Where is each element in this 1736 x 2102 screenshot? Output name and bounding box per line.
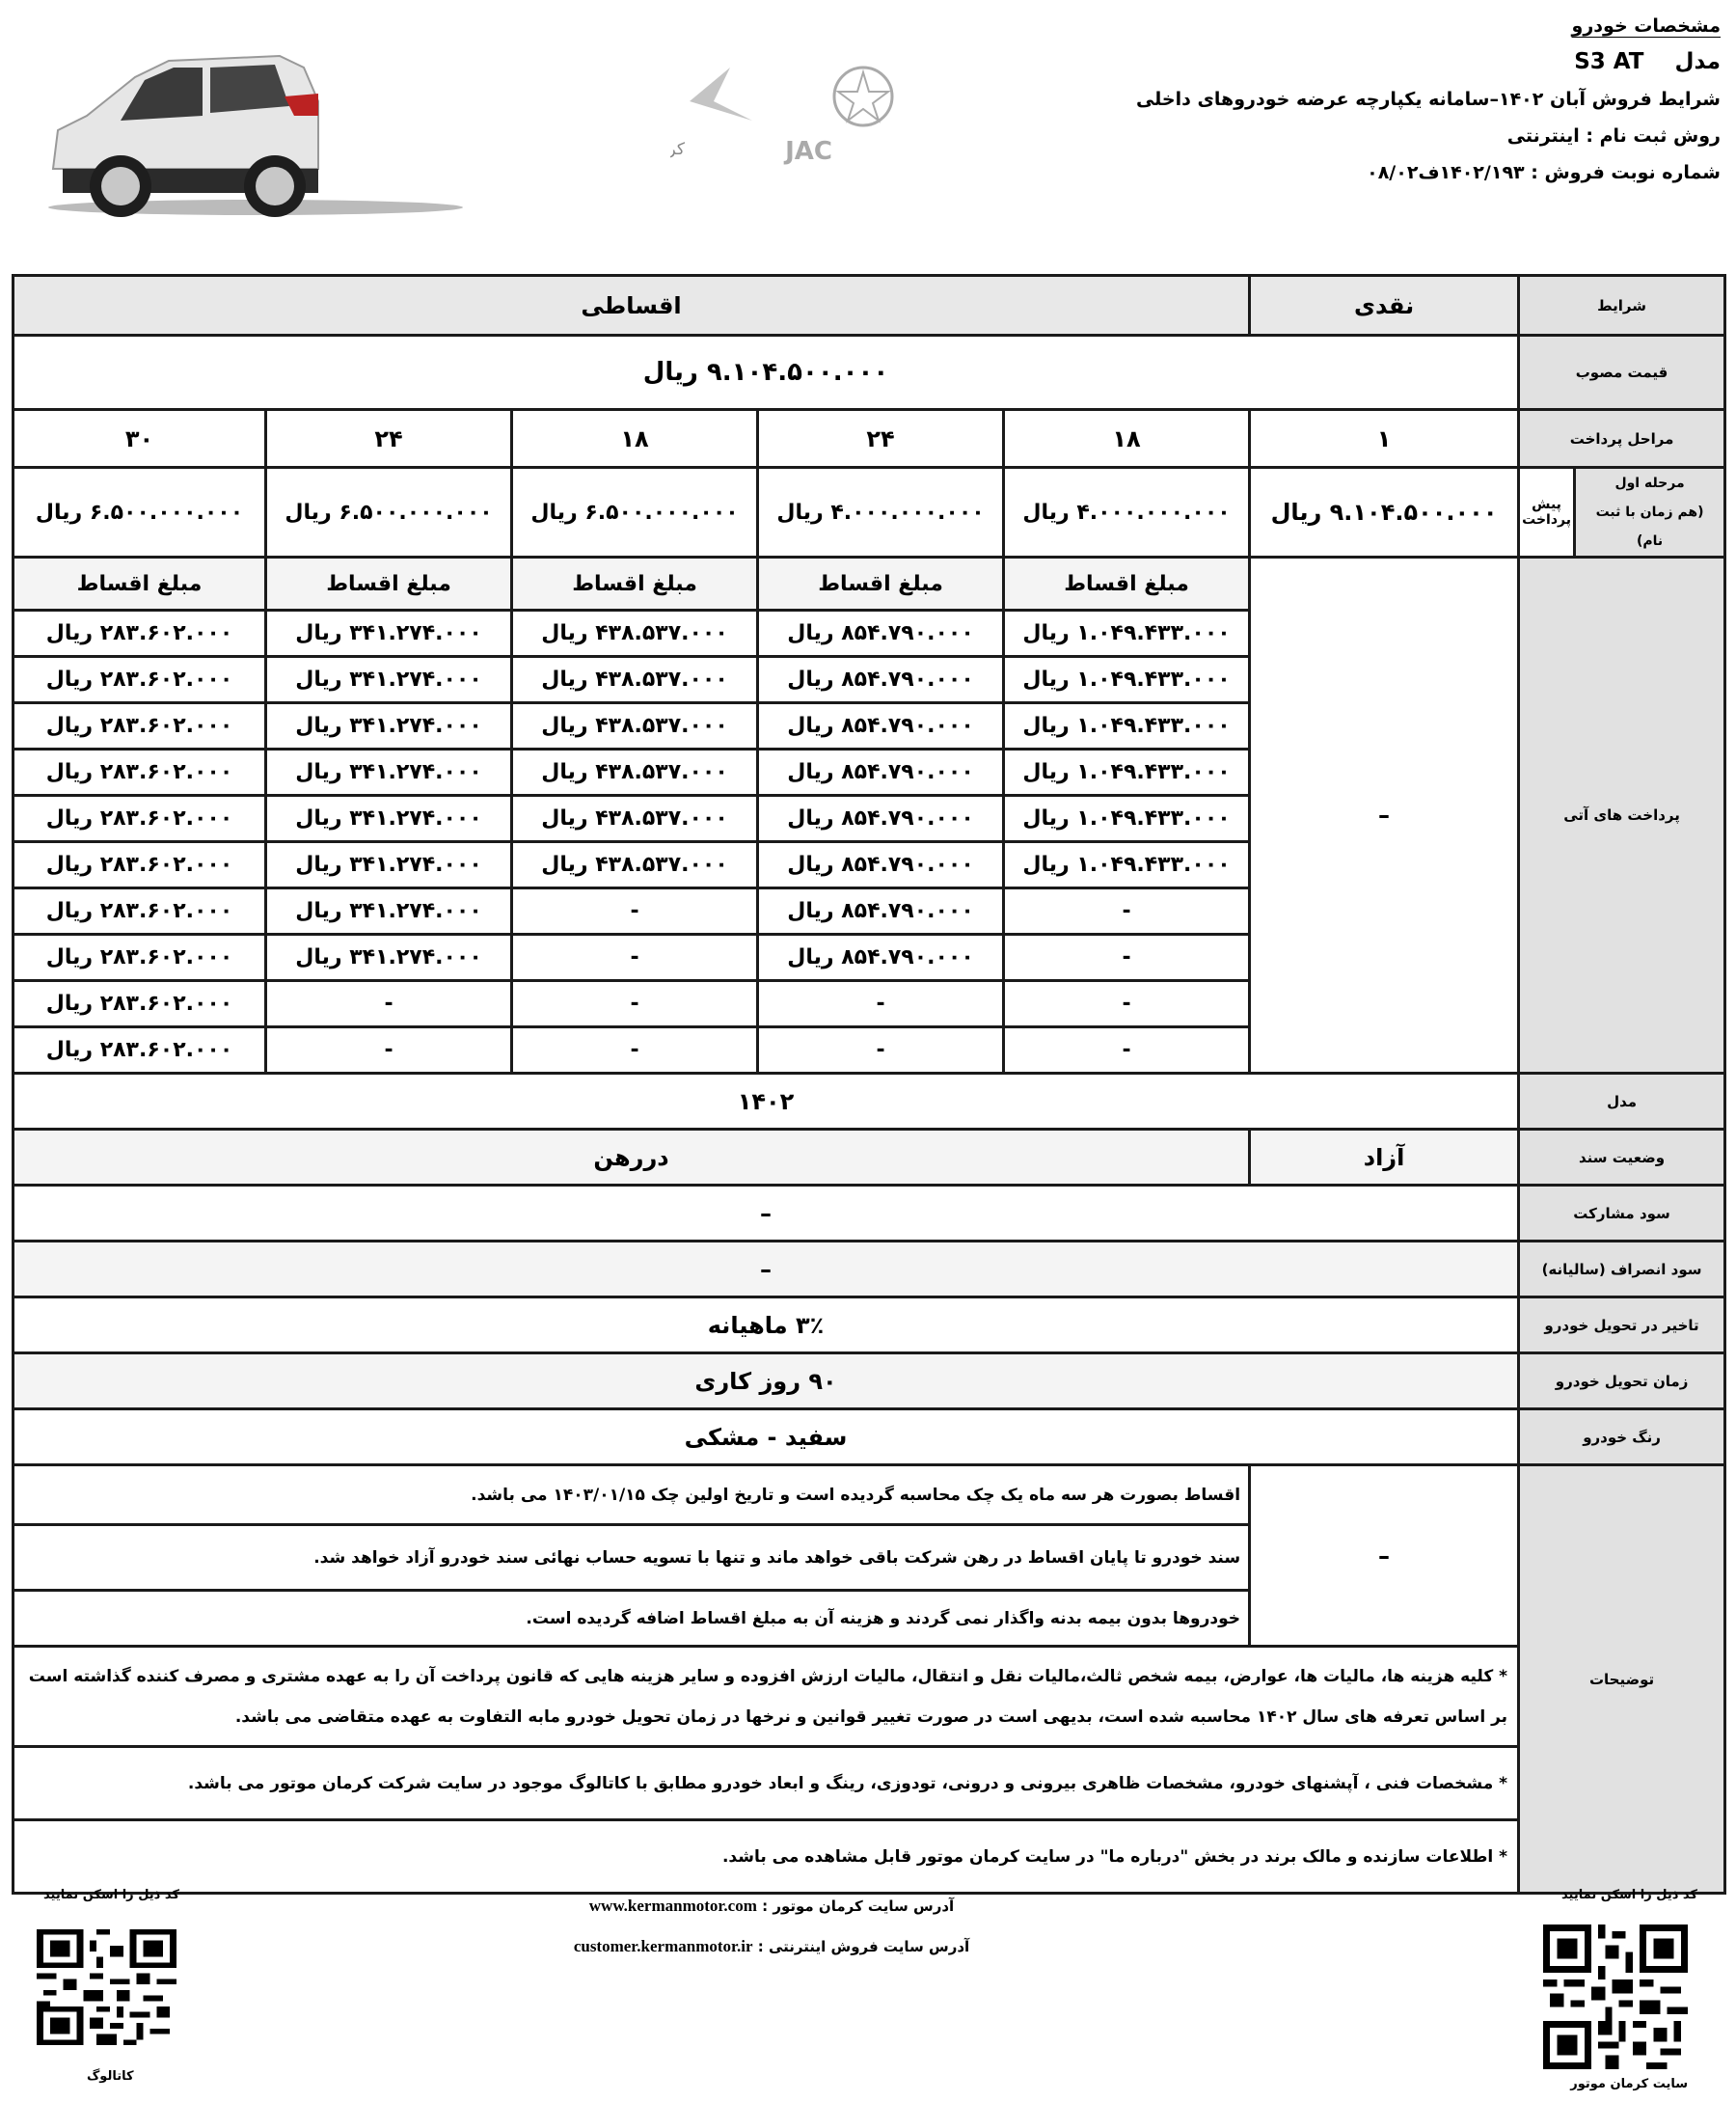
label-delivery-delay: تاخیر در تحویل خودرو [1519, 1297, 1725, 1353]
cash-document-status: آزاد [1250, 1130, 1519, 1186]
first-stage-text: مرحله اول [1582, 469, 1718, 498]
label-delivery-time: زمان تحویل خودرو [1519, 1353, 1725, 1409]
installment-note: خودروها بدون بیمه بدنه واگذار نمی گردند … [14, 1591, 1250, 1647]
installment-cell: ۴۳۸.۵۳۷.۰۰۰ ریال [512, 611, 758, 657]
label-first-stage: مرحله اول (هم زمان با ثبت نام) [1575, 468, 1725, 558]
car-color-value: سفید - مشکی [14, 1409, 1519, 1465]
installment-cell: ۲۸۳.۶۰۲.۰۰۰ ریال [14, 657, 266, 703]
plan-2-prepayment: ۴.۰۰۰.۰۰۰.۰۰۰ ریال [758, 468, 1004, 558]
plan-1-prepayment: ۴.۰۰۰.۰۰۰.۰۰۰ ریال [1004, 468, 1250, 558]
plan-4-stages: ۲۴ [266, 410, 512, 468]
installment-cell: ۳۴۱.۲۷۴.۰۰۰ ریال [266, 611, 512, 657]
installment-cell: ۲۸۳.۶۰۲.۰۰۰ ریال [14, 842, 266, 888]
installment-cell: ۴۳۸.۵۳۷.۰۰۰ ریال [512, 657, 758, 703]
plan-4-column-header: مبلغ اقساط [266, 558, 512, 611]
installment-cell: ۸۵۴.۷۹۰.۰۰۰ ریال [758, 888, 1004, 935]
label-payment-stages: مراحل پرداخت [1519, 410, 1725, 468]
label-document-status: وضعیت سند [1519, 1130, 1725, 1186]
installment-cell: ۱.۰۴۹.۴۳۳.۰۰۰ ریال [1004, 796, 1250, 842]
sales-site-line: آدرس سایت فروش اینترنتی : customer.kerma… [521, 1926, 1022, 1967]
qr-code-website-icon[interactable] [1543, 1925, 1688, 2069]
qr-caption-website: سایت کرمان موتور [1570, 2077, 1688, 2091]
qr-caption-catalog: کاتالوگ [87, 2069, 134, 2084]
plan-3-prepayment: ۶.۵۰۰.۰۰۰.۰۰۰ ریال [512, 468, 758, 558]
installment-cell: ۸۵۴.۷۹۰.۰۰۰ ریال [758, 796, 1004, 842]
installment-cell: ۱.۰۴۹.۴۳۳.۰۰۰ ریال [1004, 750, 1250, 796]
installment-cell: ۲۸۳.۶۰۲.۰۰۰ ریال [14, 935, 266, 981]
label-notes: توضیحات [1519, 1465, 1725, 1894]
installment-cell: ۳۴۱.۲۷۴.۰۰۰ ریال [266, 796, 512, 842]
plan-2-stages: ۲۴ [758, 410, 1004, 468]
first-stage-note: (هم زمان با ثبت نام) [1582, 498, 1718, 556]
plan-3-column-header: مبلغ اقساط [512, 558, 758, 611]
delivery-delay-value: ۳٪ ماهیانه [14, 1297, 1519, 1353]
label-car-color: رنگ خودرو [1519, 1409, 1725, 1465]
installment-note: سند خودرو تا پایان اقساط در رهن شرکت باق… [14, 1525, 1250, 1591]
installment-cell: ۸۵۴.۷۹۰.۰۰۰ ریال [758, 657, 1004, 703]
installment-cell: ۳۴۱.۲۷۴.۰۰۰ ریال [266, 657, 512, 703]
installment-cell: ۳۴۱.۲۷۴.۰۰۰ ریال [266, 750, 512, 796]
plan-1-stages: ۱۸ [1004, 410, 1250, 468]
installment-cell: ۲۸۳.۶۰۲.۰۰۰ ریال [14, 703, 266, 750]
installment-cell: ۸۵۴.۷۹۰.۰۰۰ ریال [758, 611, 1004, 657]
plan-1-column-header: مبلغ اقساط [1004, 558, 1250, 611]
installment-cell: ۴۳۸.۵۳۷.۰۰۰ ریال [512, 842, 758, 888]
installment-cell: ۳۴۱.۲۷۴.۰۰۰ ریال [266, 842, 512, 888]
scan-prompt-right: کد ذیل را اسکن نمایید [1561, 1888, 1697, 1902]
general-note: * مشخصات فنی ، آپشنهای خودرو، مشخصات ظاه… [14, 1747, 1519, 1820]
website-links: آدرس سایت کرمان موتور : www.kermanmotor.… [521, 1886, 1022, 1967]
installment-cell: ۸۵۴.۷۹۰.۰۰۰ ریال [758, 750, 1004, 796]
brand-logos-icon: کرمان موتور JAC [670, 63, 940, 169]
sales-site-label: آدرس سایت فروش اینترنتی : [758, 1938, 969, 1955]
scan-prompt-left: کد ذیل را اسکن نمایید [43, 1888, 179, 1902]
model-line: مدل S3 AT [1026, 42, 1721, 81]
document-footer: کد ذیل را اسکن نمایید کد ذیل را اسکن نما… [0, 1876, 1736, 2102]
installment-cell: ۳۴۱.۲۷۴.۰۰۰ ریال [266, 703, 512, 750]
qr-code-catalog-icon[interactable] [37, 1929, 176, 2045]
cash-notes: – [1250, 1465, 1519, 1647]
cash-header: نقدی [1250, 276, 1519, 336]
label-conditions: شرایط [1519, 276, 1725, 336]
page-title: مشخصات خودرو [1026, 10, 1721, 42]
installment-cell: ۴۳۸.۵۳۷.۰۰۰ ریال [512, 750, 758, 796]
installment-cell: ۳۴۱.۲۷۴.۰۰۰ ریال [266, 935, 512, 981]
installment-header: اقساطی [14, 276, 1250, 336]
svg-text:JAC: JAC [783, 137, 832, 166]
website-line: آدرس سایت کرمان موتور : www.kermanmotor.… [521, 1886, 1022, 1926]
cash-future-payments: – [1250, 558, 1519, 1074]
website-label: آدرس سایت کرمان موتور : [762, 1897, 954, 1915]
sales-site-link[interactable]: customer.kermanmotor.ir [574, 1937, 753, 1955]
cash-stages: ۱ [1250, 410, 1519, 468]
installment-note: اقساط بصورت هر سه ماه یک چک محاسبه گردید… [14, 1465, 1250, 1525]
installment-cell: ۸۵۴.۷۹۰.۰۰۰ ریال [758, 842, 1004, 888]
plan-5-column-header: مبلغ اقساط [14, 558, 266, 611]
label-model: مدل [1519, 1074, 1725, 1130]
installment-cell: - [758, 1027, 1004, 1074]
installment-cell: - [1004, 888, 1250, 935]
installment-cell: ۲۸۳.۶۰۲.۰۰۰ ریال [14, 796, 266, 842]
plan-4-prepayment: ۶.۵۰۰.۰۰۰.۰۰۰ ریال [266, 468, 512, 558]
document-header: کرمان موتور JAC مشخصات خودرو مدل S3 AT ش… [0, 0, 1736, 270]
installment-cell: - [512, 1027, 758, 1074]
label-future-payments: پرداخت های آتی [1519, 558, 1725, 1074]
approved-price-value: ۹.۱۰۴.۵۰۰.۰۰۰ ریال [14, 336, 1519, 410]
installment-document-status: دررهن [14, 1130, 1250, 1186]
installment-cell: ۲۸۳.۶۰۲.۰۰۰ ریال [14, 750, 266, 796]
label-approved-price: قیمت مصوب [1519, 336, 1725, 410]
sale-conditions: شرایط فروش آبان ۱۴۰۲–سامانه یکپارچه عرضه… [1026, 81, 1721, 118]
participation-profit-value: – [14, 1186, 1519, 1242]
sale-round-number: شماره نوبت فروش : ۱۴۰۲/۱۹۳ف۰۸/۰۲ [1026, 154, 1721, 191]
installment-cell: ۲۸۳.۶۰۲.۰۰۰ ریال [14, 1027, 266, 1074]
installment-cell: - [512, 888, 758, 935]
model-value: S3 AT [1574, 42, 1643, 81]
installment-cell: - [512, 935, 758, 981]
label-participation-profit: سود مشارکت [1519, 1186, 1725, 1242]
installment-cell: ۸۵۴.۷۹۰.۰۰۰ ریال [758, 703, 1004, 750]
delivery-time-value: ۹۰ روز کاری [14, 1353, 1519, 1409]
svg-text:کرمان موتور: کرمان موتور [670, 140, 686, 159]
installment-cell: ۲۸۳.۶۰۲.۰۰۰ ریال [14, 611, 266, 657]
installment-cell: ۳۴۱.۲۷۴.۰۰۰ ریال [266, 888, 512, 935]
vehicle-spec-block: مشخصات خودرو مدل S3 AT شرایط فروش آبان ۱… [1026, 10, 1721, 191]
installment-cell: - [512, 981, 758, 1027]
installment-cell: - [1004, 935, 1250, 981]
model-year-value: ۱۴۰۲ [14, 1074, 1519, 1130]
general-note: * کلیه هزینه ها، مالیات ها، عوارض، بیمه … [14, 1647, 1519, 1747]
website-link[interactable]: www.kermanmotor.com [589, 1897, 757, 1915]
installment-cell: ۲۸۳.۶۰۲.۰۰۰ ریال [14, 981, 266, 1027]
plan-5-prepayment: ۶.۵۰۰.۰۰۰.۰۰۰ ریال [14, 468, 266, 558]
installment-cell: ۱.۰۴۹.۴۳۳.۰۰۰ ریال [1004, 611, 1250, 657]
car-image-icon [29, 24, 477, 217]
plan-2-column-header: مبلغ اقساط [758, 558, 1004, 611]
cash-prepayment: ۹.۱۰۴.۵۰۰.۰۰۰ ریال [1250, 468, 1519, 558]
installment-cell: ۱.۰۴۹.۴۳۳.۰۰۰ ریال [1004, 703, 1250, 750]
installment-cell: ۱.۰۴۹.۴۳۳.۰۰۰ ریال [1004, 657, 1250, 703]
model-label: مدل [1675, 49, 1721, 74]
label-cancellation-profit: سود انصراف (سالیانه) [1519, 1242, 1725, 1297]
installment-cell: - [1004, 981, 1250, 1027]
installment-cell: - [758, 981, 1004, 1027]
installment-cell: - [1004, 1027, 1250, 1074]
installment-cell: - [266, 1027, 512, 1074]
registration-method: روش ثبت نام : اینترنتی [1026, 118, 1721, 154]
installment-cell: ۲۸۳.۶۰۲.۰۰۰ ریال [14, 888, 266, 935]
installment-cell: ۱.۰۴۹.۴۳۳.۰۰۰ ریال [1004, 842, 1250, 888]
plan-3-stages: ۱۸ [512, 410, 758, 468]
plan-5-stages: ۳۰ [14, 410, 266, 468]
installment-cell: ۸۵۴.۷۹۰.۰۰۰ ریال [758, 935, 1004, 981]
installment-cell: ۴۳۸.۵۳۷.۰۰۰ ریال [512, 796, 758, 842]
cancellation-profit-value: – [14, 1242, 1519, 1297]
installment-cell: - [266, 981, 512, 1027]
installment-cell: ۴۳۸.۵۳۷.۰۰۰ ریال [512, 703, 758, 750]
label-prepayment: پیش پرداخت [1519, 468, 1575, 558]
sales-conditions-table: شرایط نقدی اقساطی قیمت مصوب ۹.۱۰۴.۵۰۰.۰۰… [12, 274, 1726, 1895]
